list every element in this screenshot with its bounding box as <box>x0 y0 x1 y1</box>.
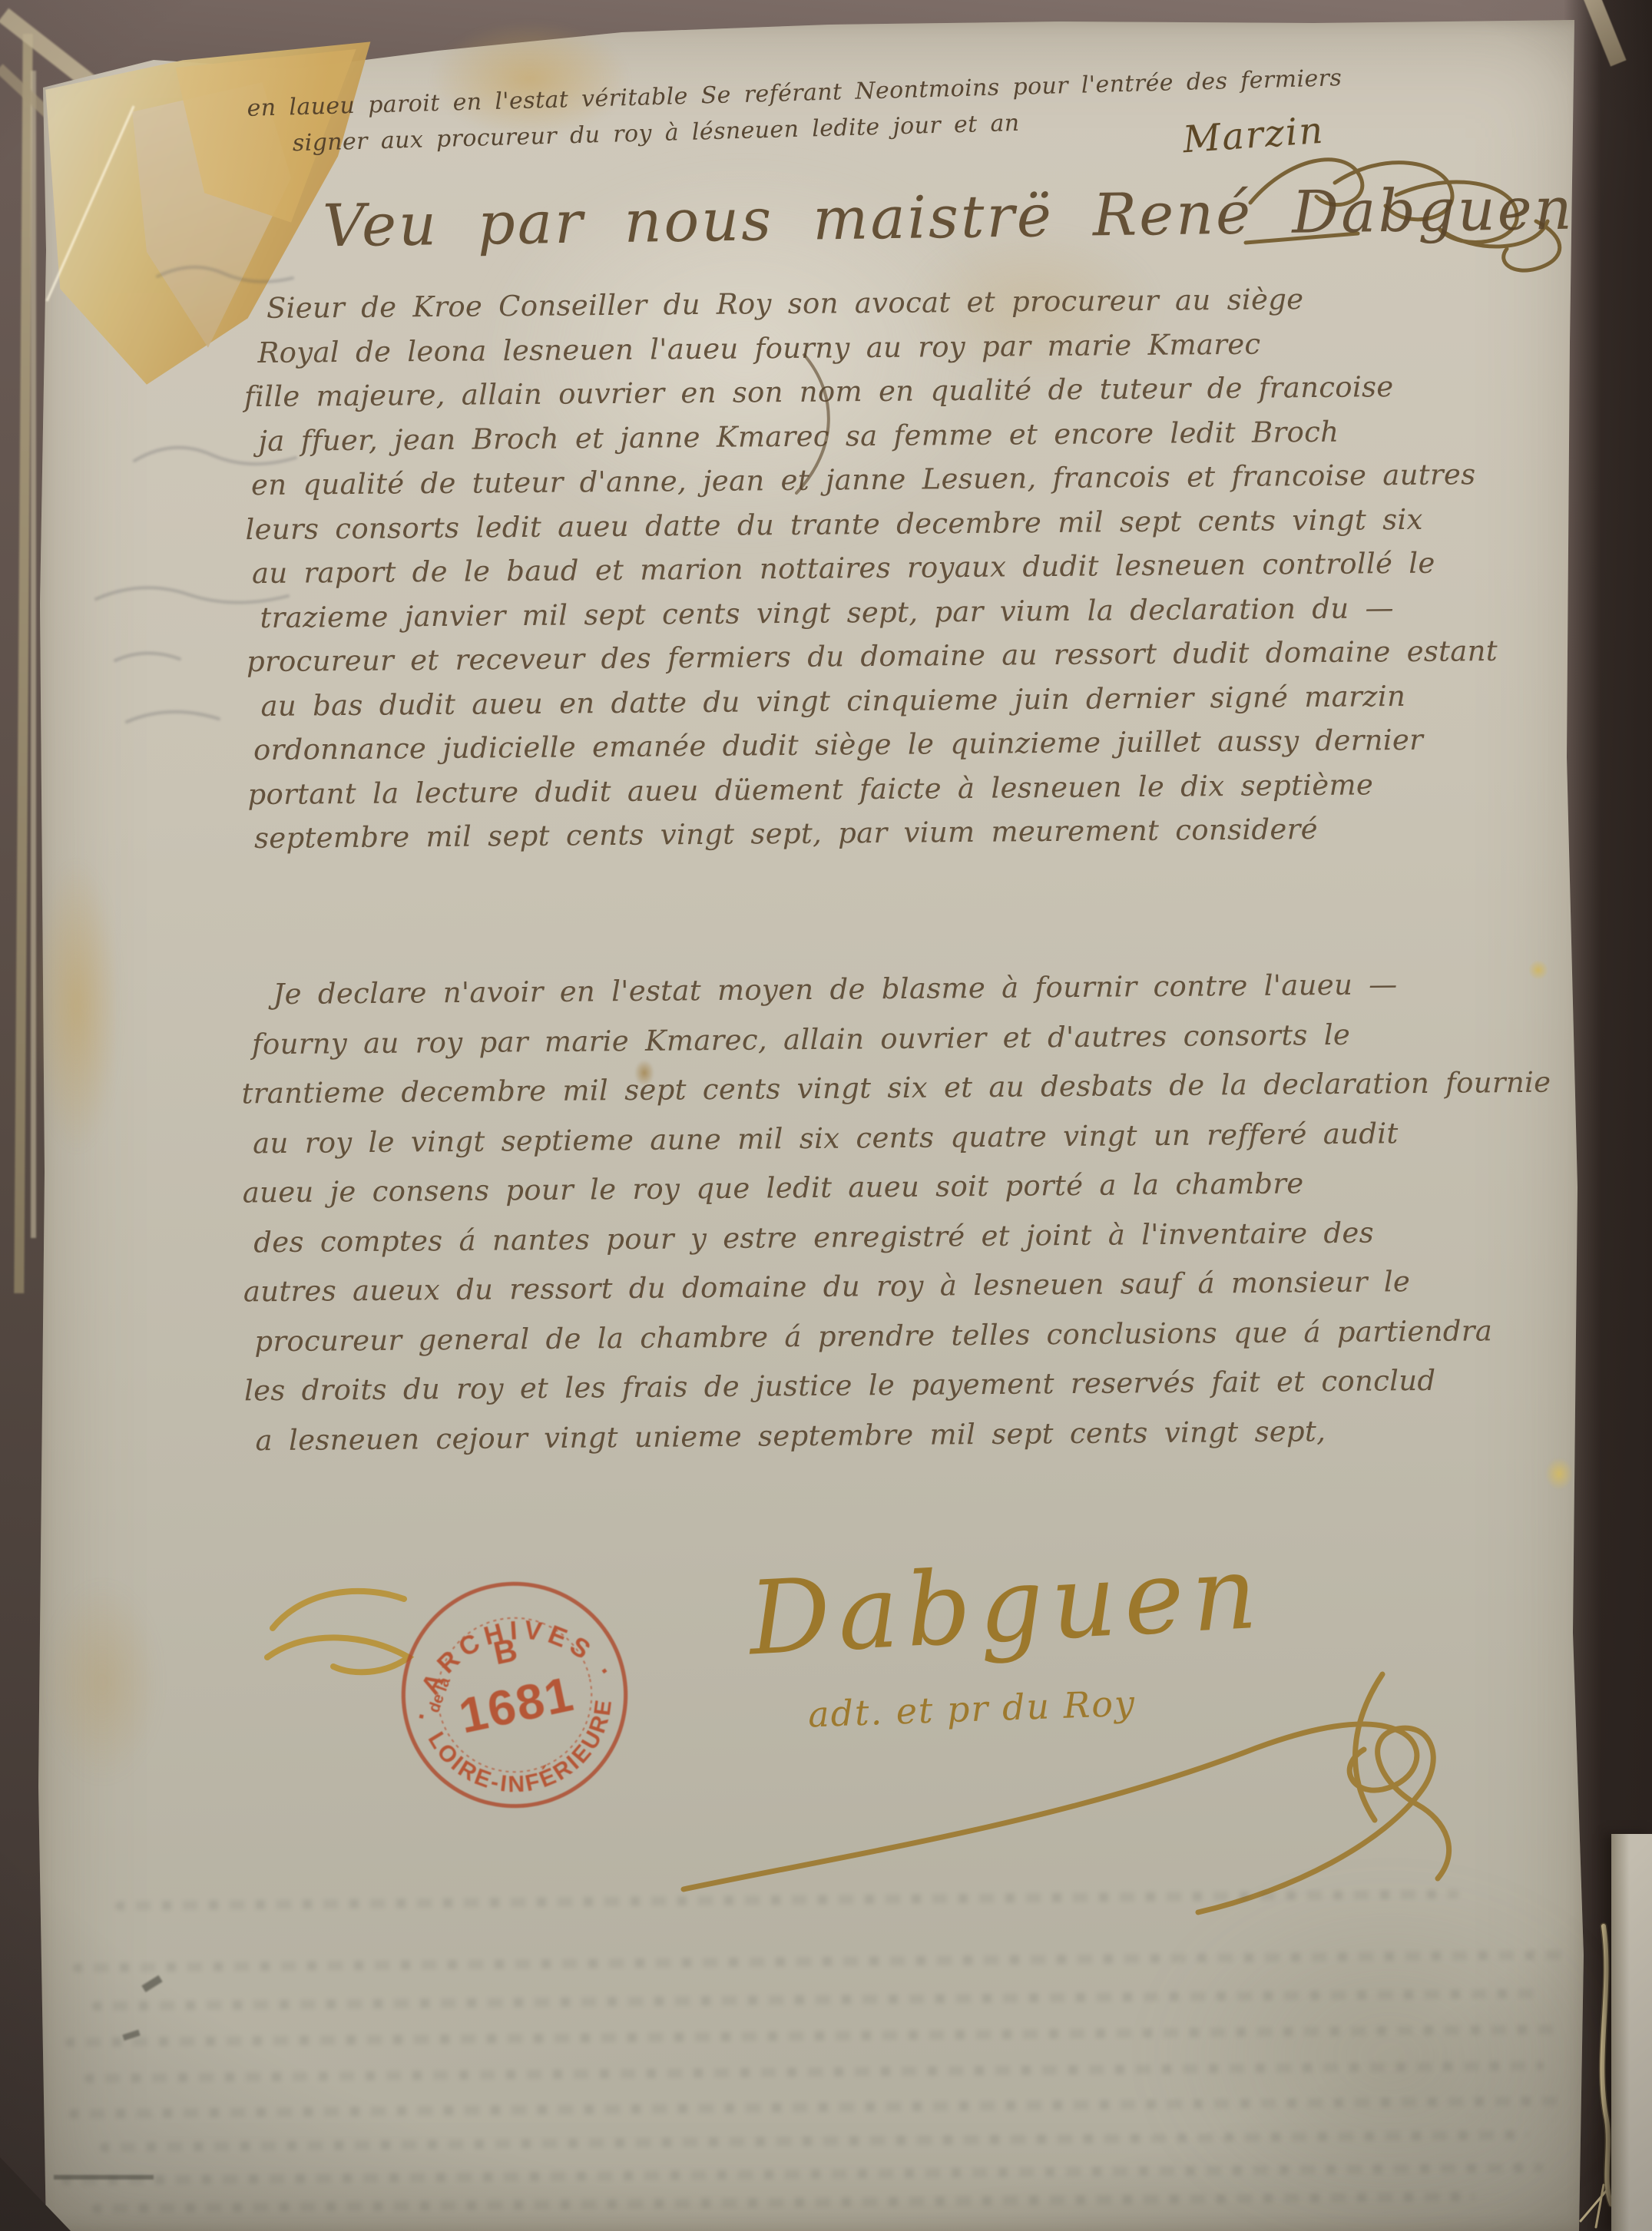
photographed-manuscript: en laueu paroit en l'estat véritable Se … <box>0 0 1652 2231</box>
photo-vignette <box>0 0 1652 2231</box>
